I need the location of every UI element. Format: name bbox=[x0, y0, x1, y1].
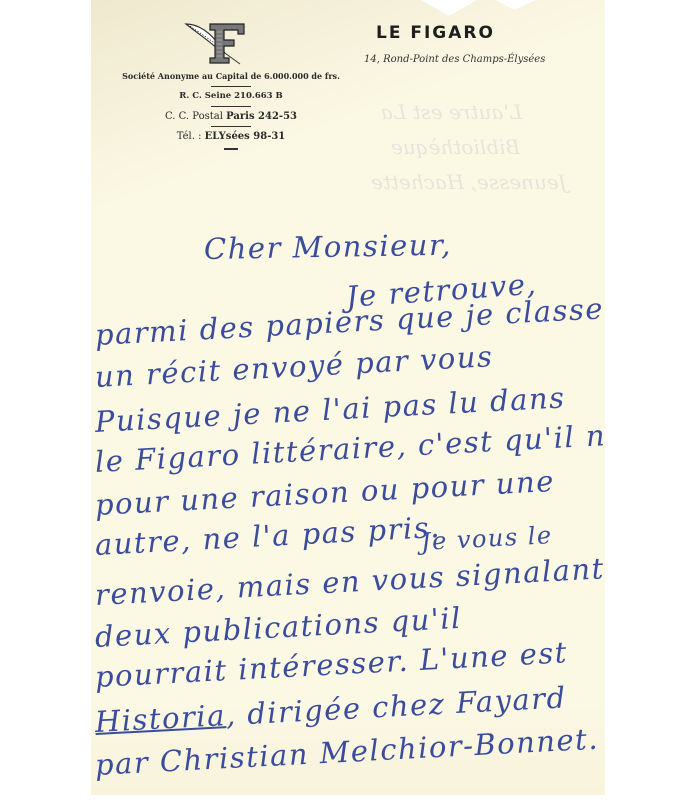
historia-rest: , dirigée chez Fayard bbox=[225, 680, 567, 732]
ornament bbox=[224, 148, 238, 150]
salutation: Cher Monsieur, bbox=[204, 228, 452, 266]
postal-value: Paris 242-53 bbox=[226, 111, 297, 122]
letter-paper: L'autre est La Bibliothèque Jeunesse, Ha… bbox=[91, 0, 605, 795]
bleed-through-text: Jeunesse, Hachette bbox=[371, 170, 567, 194]
torn-edge bbox=[421, 0, 477, 16]
torn-edge bbox=[496, 0, 536, 10]
tel-value: ELYsées 98-31 bbox=[205, 131, 286, 142]
newspaper-address: 14, Rond-Point des Champs-Élysées bbox=[364, 54, 545, 65]
newspaper-name: LE FIGARO bbox=[376, 23, 495, 43]
bleed-through-text: Bibliothèque bbox=[391, 135, 520, 159]
historia-title: Historia bbox=[94, 698, 227, 739]
company-capital: Société Anonyme au Capital de 6.000.000 … bbox=[91, 71, 371, 82]
divider bbox=[211, 126, 251, 127]
rc-number: R. C. Seine 210.663 B bbox=[91, 91, 371, 102]
letter-line: Je vous le bbox=[420, 521, 553, 556]
postal-label: C. C. Postal bbox=[165, 111, 223, 122]
telephone: Tél. : ELYsées 98-31 bbox=[91, 131, 371, 142]
letter-line: renvoie, mais en vous signalant bbox=[94, 551, 605, 612]
postal-account: C. C. Postal Paris 242-53 bbox=[91, 111, 371, 122]
figaro-quill-logo-icon bbox=[184, 18, 256, 66]
divider bbox=[211, 86, 251, 87]
letterhead-details: Société Anonyme au Capital de 6.000.000 … bbox=[91, 71, 371, 150]
tel-label: Tél. : bbox=[177, 131, 202, 142]
divider bbox=[211, 106, 251, 107]
bleed-through-text: L'autre est La bbox=[381, 100, 522, 124]
